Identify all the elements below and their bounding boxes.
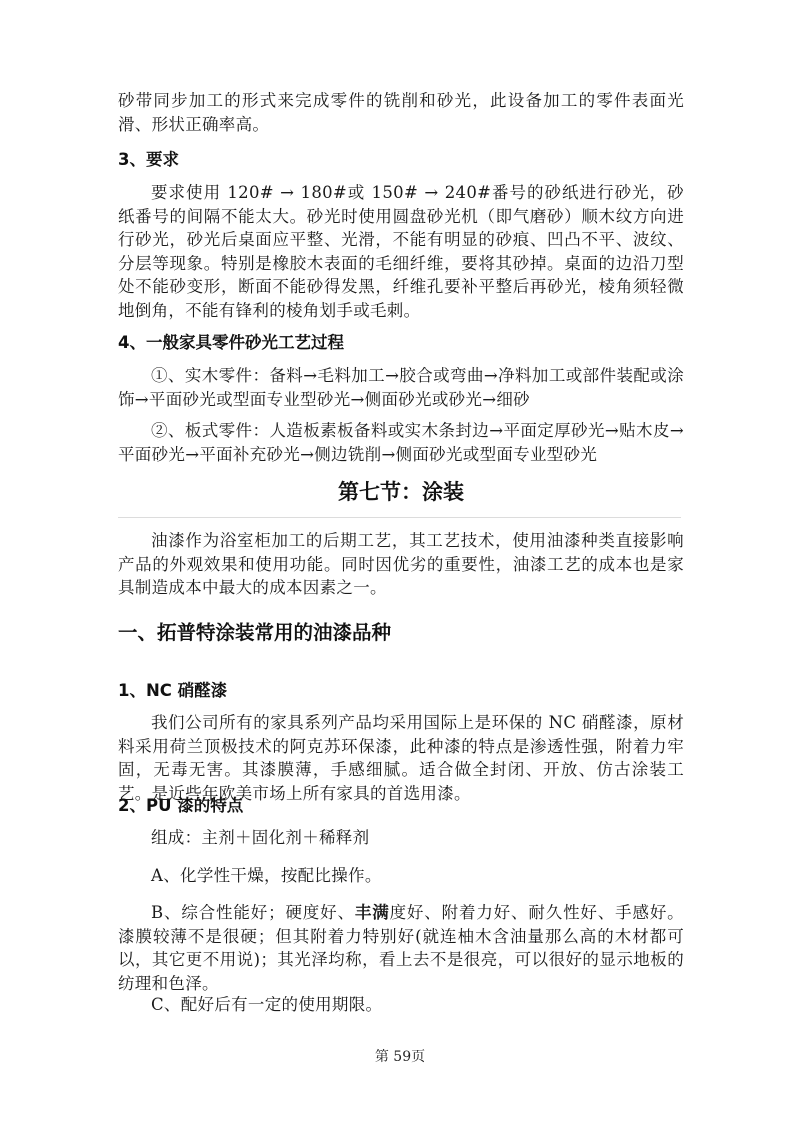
pu-b-bold-text: 丰满 [355, 903, 390, 922]
paragraph-sanding-equipment: 砂带同步加工的形式来完成零件的铣削和砂光，此设备加工的零件表面光滑、形状正确率高… [118, 89, 684, 136]
paragraph-pu-c: C、配好后有一定的使用期限。 [118, 993, 684, 1017]
heading-pu-paint: 2、PU 漆的特点 [118, 795, 243, 817]
heading-paint-types: 一、拓普特涂装常用的油漆品种 [118, 619, 391, 647]
page-number: 第 59页 [0, 1048, 800, 1066]
paragraph-pu-b: B、综合性能好；硬度好、丰满度好、附着力好、耐久性好、手感好。漆膜较薄不是很硬；… [118, 901, 684, 995]
paragraph-panel-parts: ②、板式零件：人造板素板备料或实木条封边→平面定厚砂光→贴木皮→平面砂光→平面补… [118, 419, 684, 466]
paragraph-painting-intro: 油漆作为浴室柜加工的后期工艺，其工艺技术，使用油漆种类直接影响产品的外观效果和使… [118, 529, 684, 600]
heading-requirements: 3、要求 [118, 149, 179, 171]
paragraph-requirements: 要求使用 120# → 180#或 150# → 240#番号的砂纸进行砂光，砂… [118, 181, 684, 323]
section-title: 第七节：涂装 [118, 477, 684, 507]
paragraph-solid-wood-parts: ①、实木零件：备料→毛料加工→胶合或弯曲→净料加工或部件装配或涂饰→平面砂光或型… [118, 364, 684, 411]
heading-sanding-process: 4、一般家具零件砂光工艺过程 [118, 332, 344, 354]
pu-b-text-start: B、综合性能好；硬度好、 [151, 903, 355, 922]
paragraph-pu-a: A、化学性干燥，按配比操作。 [118, 864, 684, 888]
paragraph-nc-paint: 我们公司所有的家具系列产品均采用国际上是环保的 NC 硝醛漆，原材料采用荷兰顶极… [118, 711, 684, 805]
heading-nc-paint: 1、NC 硝醛漆 [118, 680, 227, 702]
paragraph-pu-composition: 组成：主剂＋固化剂＋稀释剂 [118, 826, 684, 850]
section-divider [118, 517, 681, 518]
